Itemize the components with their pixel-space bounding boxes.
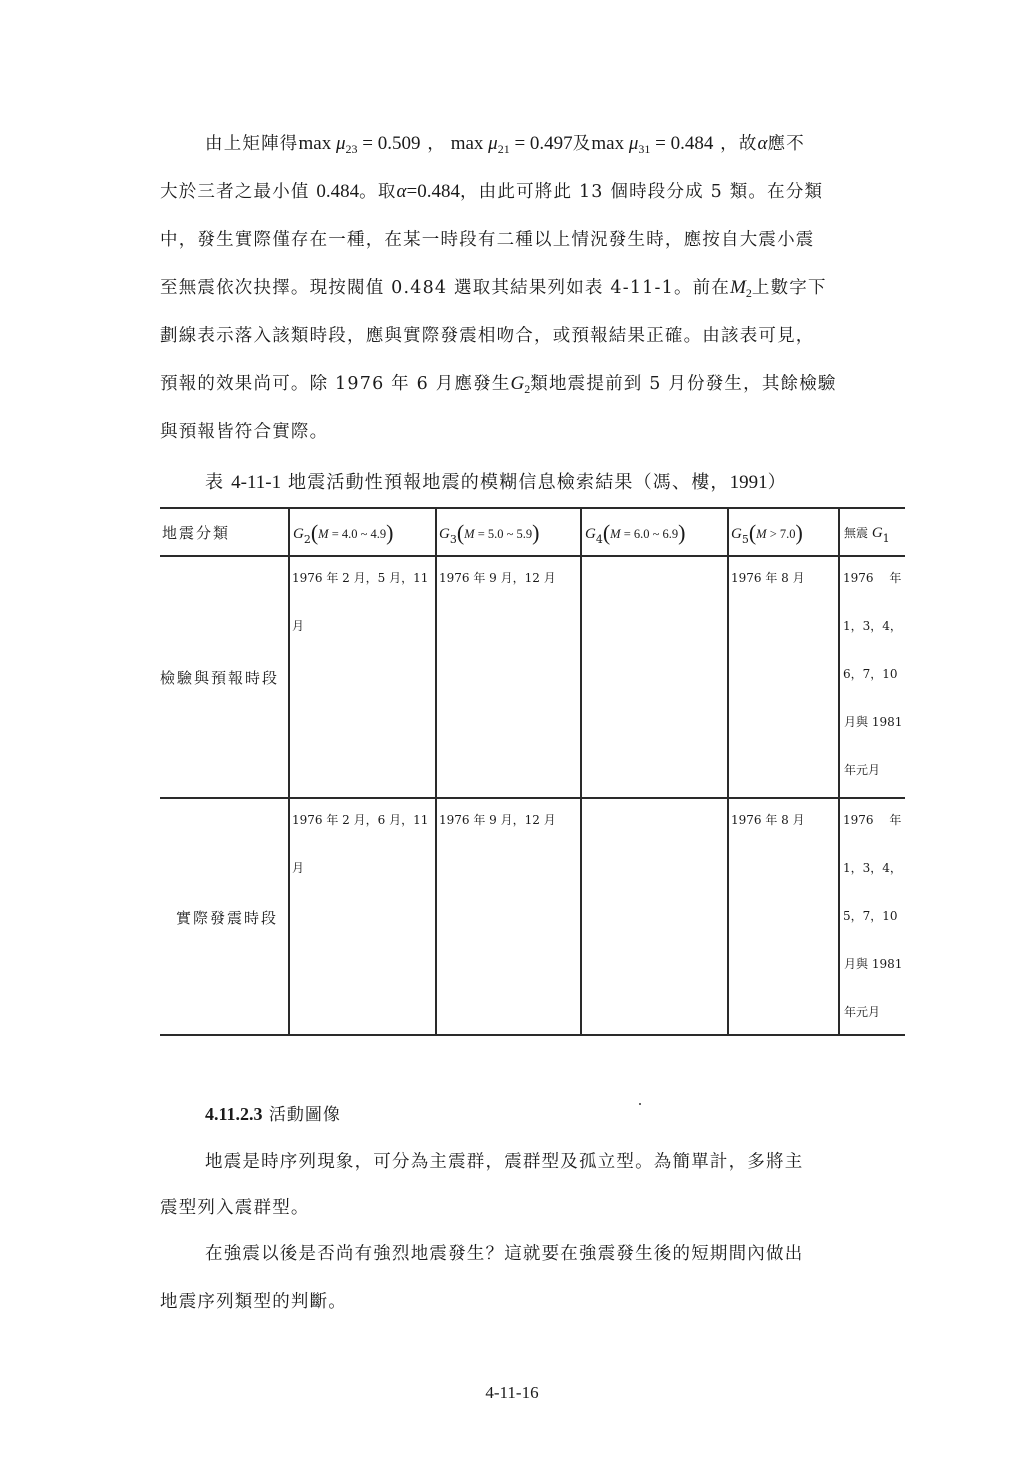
cell-forecast-g3: 1976 年 9 月，12 月: [439, 570, 556, 586]
math-max-mu31: max μ31 = 0.484: [591, 133, 713, 154]
cell-actual-g1-line: 1，3，4，: [843, 860, 902, 876]
header-g2: G2(M = 4.0 ~ 4.9): [293, 520, 393, 546]
header-category: 地震分類: [162, 522, 230, 543]
text: ，故: [713, 134, 757, 154]
cell-actual-g1-line: 年元月: [844, 1004, 880, 1020]
paragraph-1-line-2: 大於三者之最小值 0.484。取α=0.484，由此可將此 13 個時段分成 5…: [160, 180, 905, 204]
paragraph-1-line-4: 至無震依次抉擇。現按閥值 0.484 選取其結果列如表 4-11-1。前在M2上…: [160, 276, 905, 300]
paragraph-2-line-2: 震型列入震群型。: [160, 1196, 905, 1220]
col-divider: [580, 507, 582, 1035]
cell-actual-g1-line: 1976 年: [843, 812, 901, 828]
cell-actual-g1-line: 月與 1981: [844, 956, 902, 972]
table-bottom-rule: [160, 1034, 905, 1036]
value-0484: 0.484: [316, 181, 359, 202]
header-g1: 無震 G1: [844, 524, 890, 542]
cell-forecast-g1-line: 1，3，4，: [843, 618, 902, 634]
alpha-symbol: α: [397, 181, 407, 202]
cell-forecast-g5: 1976 年 8 月: [731, 570, 805, 586]
cell-forecast-g1-line: 月與 1981: [844, 714, 902, 730]
table-caption: 表 4-11-1 地震活動性預報地震的模糊信息檢索結果（馮、樓，1991）: [205, 468, 787, 494]
row-label-forecast: 檢驗與預報時段: [160, 667, 279, 688]
math-max-mu23: max μ23 = 0.509: [299, 133, 421, 154]
table-header-rule: [160, 555, 905, 557]
paragraph-3-line-1: 在強震以後是否尚有強烈地震發生？這就要在強震發生後的短期間內做出: [205, 1242, 905, 1266]
cell-forecast-g1-line: 1976 年: [843, 570, 901, 586]
row-label-actual: 實際發震時段: [176, 907, 278, 928]
col-divider: [435, 507, 437, 1035]
cell-forecast-g1-line: 6，7，10: [843, 666, 898, 682]
paragraph-1-line-1: 由上矩陣得max μ23 = 0.509 ， max μ21 = 0.497及m…: [205, 132, 905, 156]
cell-forecast-g1-line: 年元月: [844, 762, 880, 778]
cell-actual-g1-line: 5，7，10: [843, 908, 898, 924]
text: 及: [573, 134, 592, 154]
header-g3: G3(M = 5.0 ~ 5.9): [439, 520, 539, 546]
paragraph-1-line-6: 預報的效果尚可。除 1976 年 6 月應發生G2類地震提前到 5 月份發生，其…: [160, 372, 905, 396]
col-divider: [288, 507, 290, 1035]
text: ，: [420, 134, 445, 154]
paragraph-3-line-2: 地震序列類型的判斷。: [160, 1290, 905, 1314]
cell-forecast-g2-line: 1976 年 2 月，5 月，11: [292, 570, 428, 586]
table-top-rule: [160, 507, 905, 509]
col-divider: [838, 507, 840, 1035]
results-table: 地震分類 G2(M = 4.0 ~ 4.9) G3(M = 5.0 ~ 5.9)…: [160, 507, 905, 1035]
text: 由上矩陣得: [205, 134, 299, 154]
header-g4: G4(M = 6.0 ~ 6.9): [585, 520, 685, 546]
paragraph-1-line-7: 與預報皆符合實際。: [160, 420, 905, 444]
page-number: 4-11-16: [0, 1383, 1024, 1403]
paragraph-1-line-5: 劃線表示落入該類時段，應與實際發震相吻合，或預報結果正確。由該表可見，: [160, 324, 905, 348]
paragraph-1-line-3: 中，發生實際僅存在一種，在某一時段有二種以上情況發生時，應按自大震小震: [160, 228, 905, 252]
col-divider: [727, 507, 729, 1035]
math-G: G: [511, 373, 525, 394]
table-row-divider: [160, 797, 905, 799]
section-heading: 4.11.2.3 活動圖像: [205, 1100, 341, 1125]
cell-actual-g2-line: 1976 年 2 月，6 月，11: [292, 812, 428, 828]
paragraph-2-line-1: 地震是時序列現象，可分為主震群，震群型及孤立型。為簡單計，多將主: [205, 1150, 905, 1174]
math-max-mu21: max μ21 = 0.497: [446, 133, 573, 154]
cell-actual-g5: 1976 年 8 月: [731, 812, 805, 828]
alpha-symbol: α: [758, 133, 768, 154]
scan-speck: [639, 1103, 641, 1105]
cell-actual-g3: 1976 年 9 月，12 月: [439, 812, 556, 828]
cell-forecast-g2-line: 月: [292, 618, 304, 634]
text: 應不: [768, 134, 805, 154]
math-M: M: [730, 277, 746, 298]
header-g5: G5(M > 7.0): [731, 520, 803, 546]
cell-actual-g2-line: 月: [292, 860, 304, 876]
